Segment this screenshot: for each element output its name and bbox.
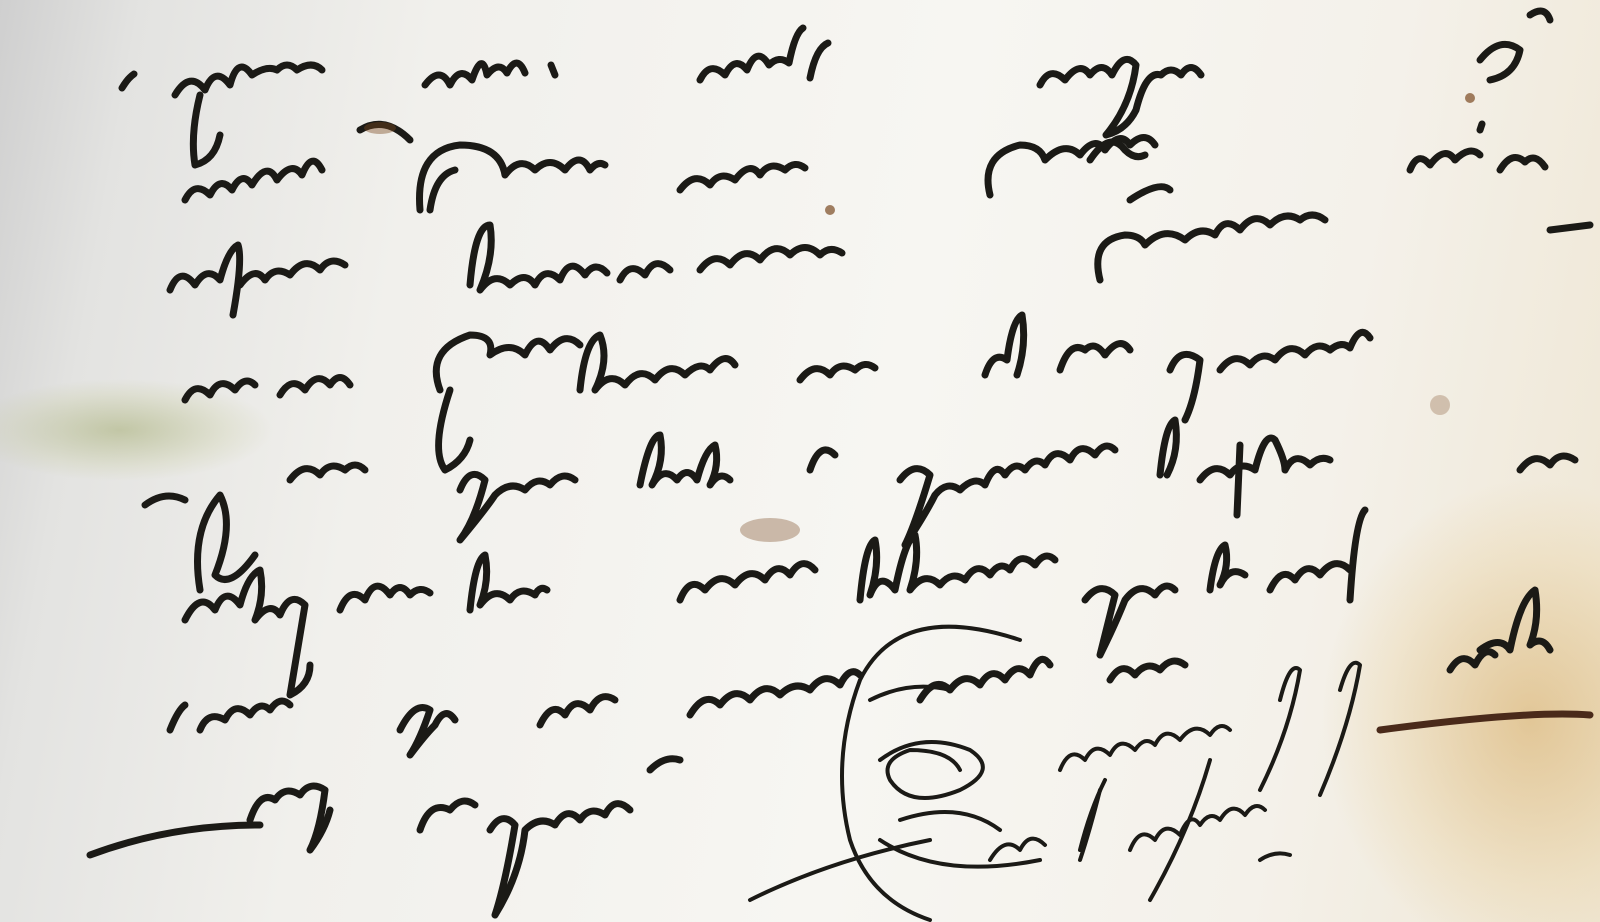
manuscript-page: r nyden oeshri ypacschi a myyerni de com…: [0, 0, 1600, 922]
